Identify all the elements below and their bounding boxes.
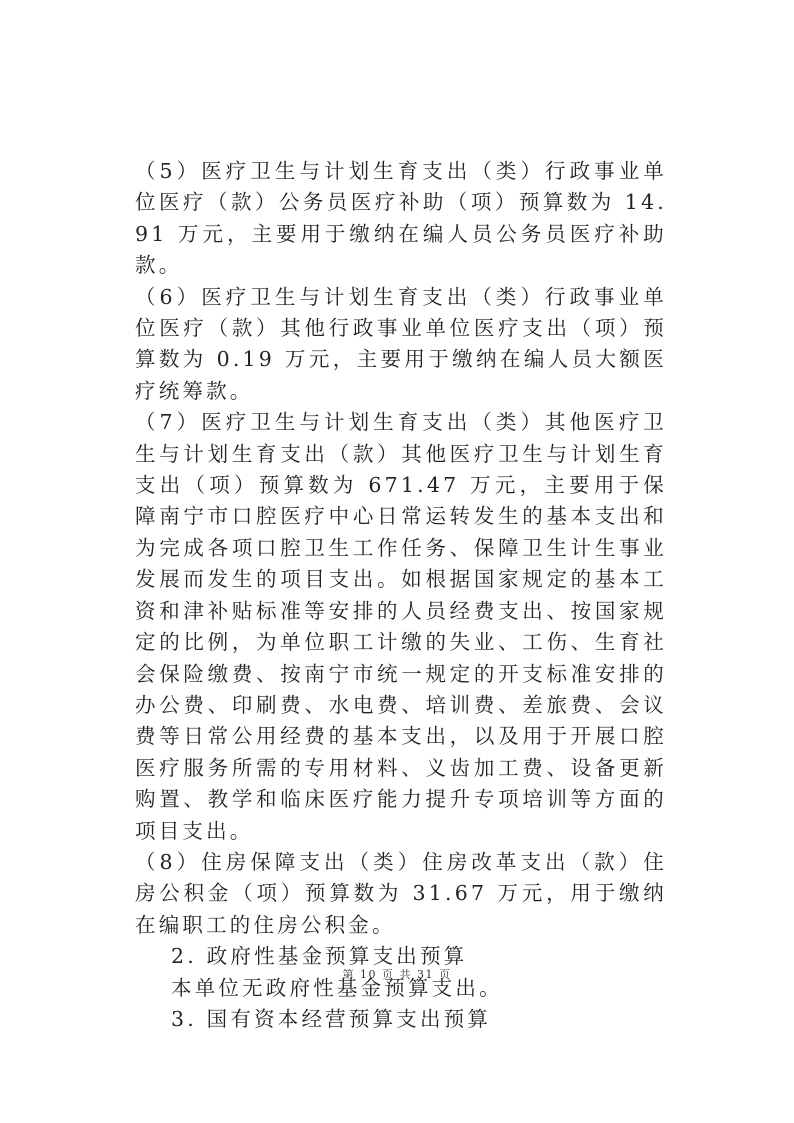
- paragraph-item-6: （6）医疗卫生与计划生育支出（类）行政事业单位医疗（款）其他行政事业单位医疗支出…: [135, 282, 667, 408]
- document-body: （5）医疗卫生与计划生育支出（类）行政事业单位医疗（款）公务员医疗补助（项）预算…: [135, 156, 667, 1035]
- paragraph-item-7: （7）医疗卫生与计划生育支出（类）其他医疗卫生与计划生育支出（款）其他医疗卫生与…: [135, 407, 667, 847]
- section-heading-state-capital: 3. 国有资本经营预算支出预算: [135, 1004, 667, 1035]
- document-page: （5）医疗卫生与计划生育支出（类）行政事业单位医疗（款）公务员医疗补助（项）预算…: [0, 0, 794, 1123]
- paragraph-item-8: （8）住房保障支出（类）住房改革支出（款）住房公积金（项）预算数为 31.67 …: [135, 847, 667, 941]
- page-number-footer: 第 10 页 共 31 页: [0, 966, 794, 982]
- paragraph-item-5: （5）医疗卫生与计划生育支出（类）行政事业单位医疗（款）公务员医疗补助（项）预算…: [135, 156, 667, 282]
